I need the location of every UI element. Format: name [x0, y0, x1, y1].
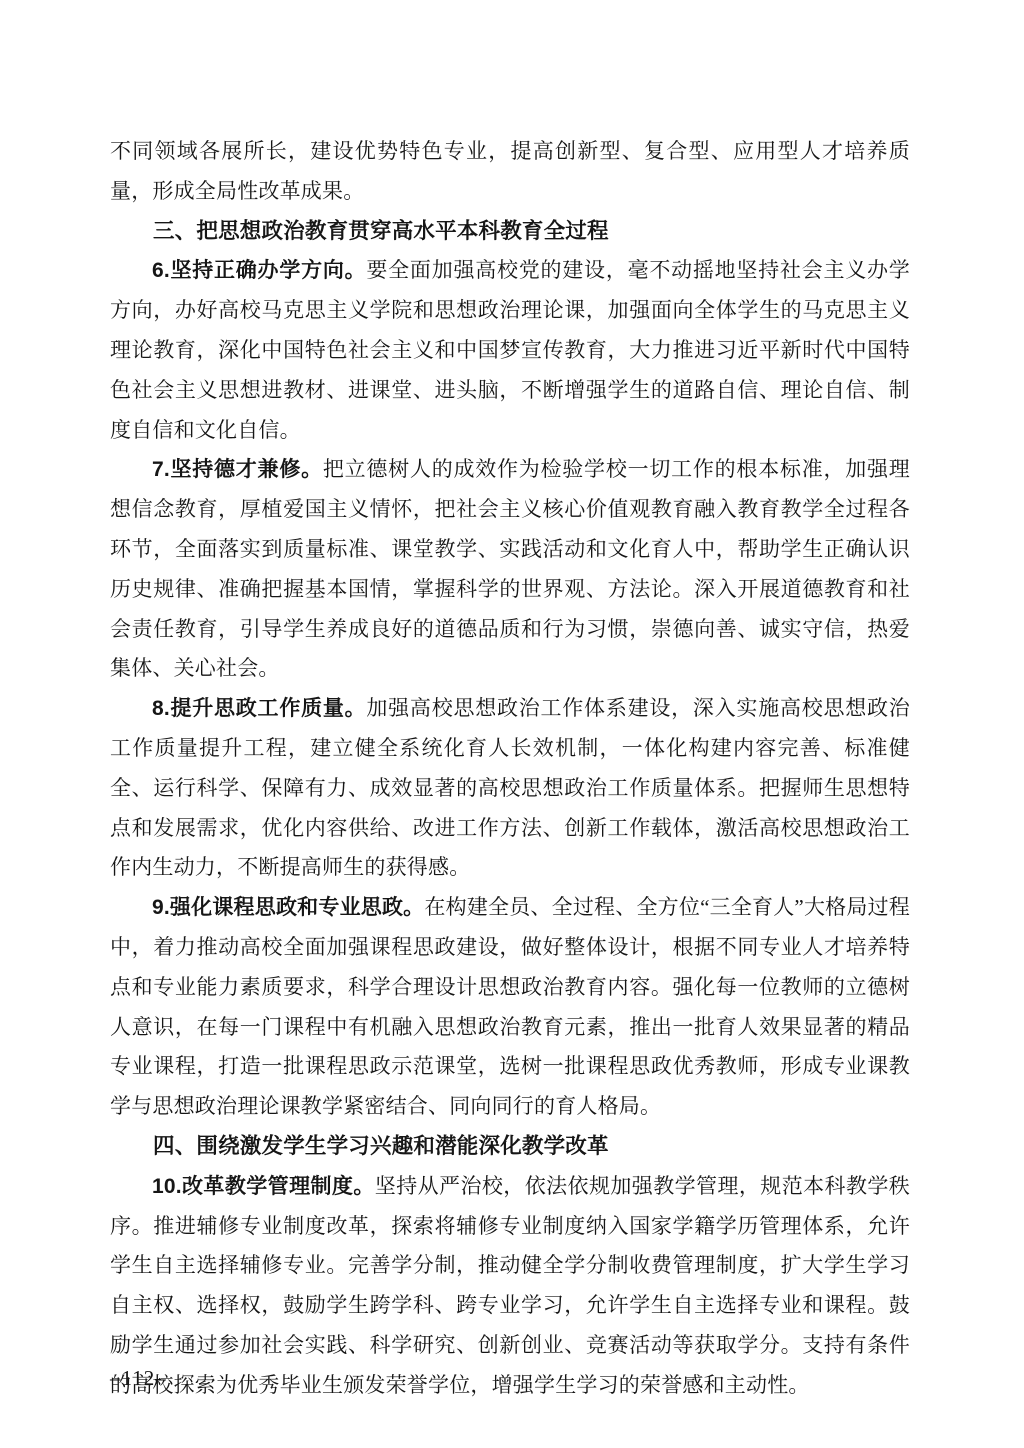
- paragraph-lead: 10.改革教学管理制度。: [152, 1175, 375, 1198]
- section-heading-three: 三、把思想政治教育贯穿高水平本科教育全过程: [110, 212, 910, 252]
- paragraph-item-8: 8.提升思政工作质量。加强高校思想政治工作体系建设，深入实施高校思想政治工作质量…: [110, 689, 910, 888]
- paragraph-text: 在构建全员、全过程、全方位“三全育人”大格局过程中，着力推动高校全面加强课程思政…: [110, 895, 910, 1118]
- paragraph-text: 要全面加强高校党的建设，毫不动摇地坚持社会主义办学方向，办好高校马克思主义学院和…: [110, 258, 910, 441]
- section-heading-four: 四、围绕激发学生学习兴趣和潜能深化教学改革: [110, 1127, 910, 1167]
- document-body: 不同领域各展所长，建设优势特色专业，提高创新型、复合型、应用型人才培养质量，形成…: [110, 132, 910, 1406]
- paragraph-item-7: 7.坚持德才兼修。把立德树人的成效作为检验学校一切工作的根本标准，加强理想信念教…: [110, 450, 910, 689]
- paragraph-item-10: 10.改革教学管理制度。坚持从严治校，依法依规加强教学管理，规范本科教学秩序。推…: [110, 1167, 910, 1406]
- document-page: 不同领域各展所长，建设优势特色专业，提高创新型、复合型、应用型人才培养质量，形成…: [0, 0, 1024, 1448]
- paragraph-item-9: 9.强化课程思政和专业思政。在构建全员、全过程、全方位“三全育人”大格局过程中，…: [110, 888, 910, 1127]
- paragraph-lead: 9.强化课程思政和专业思政。: [152, 896, 424, 919]
- paragraph-text: 坚持从严治校，依法依规加强教学管理，规范本科教学秩序。推进辅修专业制度改革，探索…: [110, 1174, 910, 1397]
- paragraph-item-6: 6.坚持正确办学方向。要全面加强高校党的建设，毫不动摇地坚持社会主义办学方向，办…: [110, 251, 910, 450]
- paragraph-text: 加强高校思想政治工作体系建设，深入实施高校思想政治工作质量提升工程，建立健全系统…: [110, 696, 910, 879]
- paragraph-text: 把立德树人的成效作为检验学校一切工作的根本标准，加强理想信念教育，厚植爱国主义情…: [110, 457, 910, 680]
- page-number: –112–: [110, 1364, 167, 1392]
- paragraph-text: 不同领域各展所长，建设优势特色专业，提高创新型、复合型、应用型人才培养质量，形成…: [110, 139, 910, 203]
- paragraph-lead: 6.坚持正确办学方向。: [152, 259, 366, 282]
- paragraph-lead: 8.提升思政工作质量。: [152, 697, 366, 720]
- paragraph-lead: 7.坚持德才兼修。: [152, 458, 323, 481]
- paragraph-continuation: 不同领域各展所长，建设优势特色专业，提高创新型、复合型、应用型人才培养质量，形成…: [110, 132, 910, 212]
